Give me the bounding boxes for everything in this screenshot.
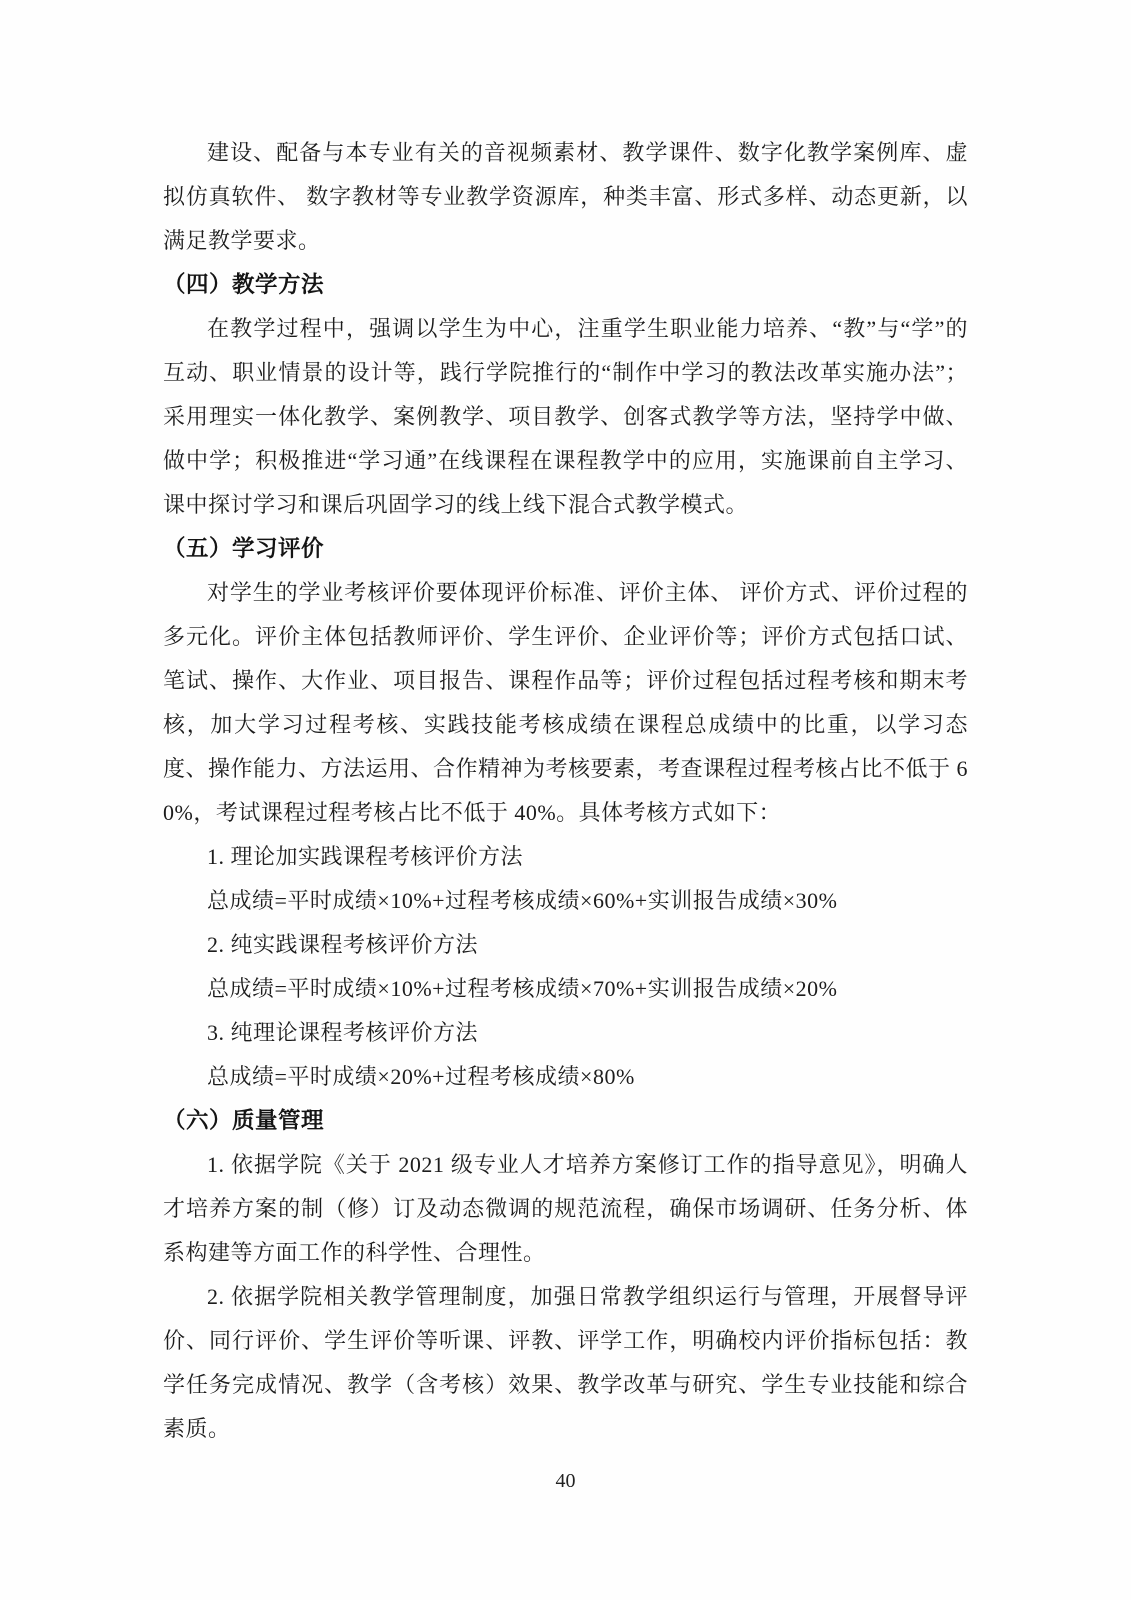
document-page: 建设、配备与本专业有关的音视频素材、教学课件、数字化教学案例库、虚拟仿真软件、 … [0,0,1131,1600]
document-content: 建设、配备与本专业有关的音视频素材、教学课件、数字化教学案例库、虚拟仿真软件、 … [163,131,968,1451]
formula-item-3: 总成绩=平时成绩×20%+过程考核成绩×80% [163,1055,968,1099]
paragraph-quality-management-2: 2. 依据学院相关教学管理制度，加强日常教学组织运行与管理，开展督导评价、同行评… [163,1275,968,1451]
formula-item-1: 总成绩=平时成绩×10%+过程考核成绩×60%+实训报告成绩×30% [163,879,968,923]
paragraph-teaching-methods: 在教学过程中，强调以学生为中心，注重学生职业能力培养、“教”与“学”的互动、职业… [163,307,968,527]
page-number: 40 [0,1467,1131,1495]
formula-item-2: 总成绩=平时成绩×10%+过程考核成绩×70%+实训报告成绩×20% [163,967,968,1011]
list-item-2-title: 2. 纯实践课程考核评价方法 [163,923,968,967]
list-item-1-title: 1. 理论加实践课程考核评价方法 [163,835,968,879]
paragraph-teaching-resources: 建设、配备与本专业有关的音视频素材、教学课件、数字化教学案例库、虚拟仿真软件、 … [163,131,968,263]
paragraph-learning-evaluation: 对学生的学业考核评价要体现评价标准、评价主体、 评价方式、评价过程的多元化。评价… [163,571,968,835]
list-item-3-title: 3. 纯理论课程考核评价方法 [163,1011,968,1055]
heading-section-5-learning-evaluation: （五）学习评价 [163,527,968,571]
paragraph-quality-management-1: 1. 依据学院《关于 2021 级专业人才培养方案修订工作的指导意见》，明确人才… [163,1143,968,1275]
heading-section-6-quality-management: （六）质量管理 [163,1099,968,1143]
heading-section-4-teaching-methods: （四）教学方法 [163,263,968,307]
